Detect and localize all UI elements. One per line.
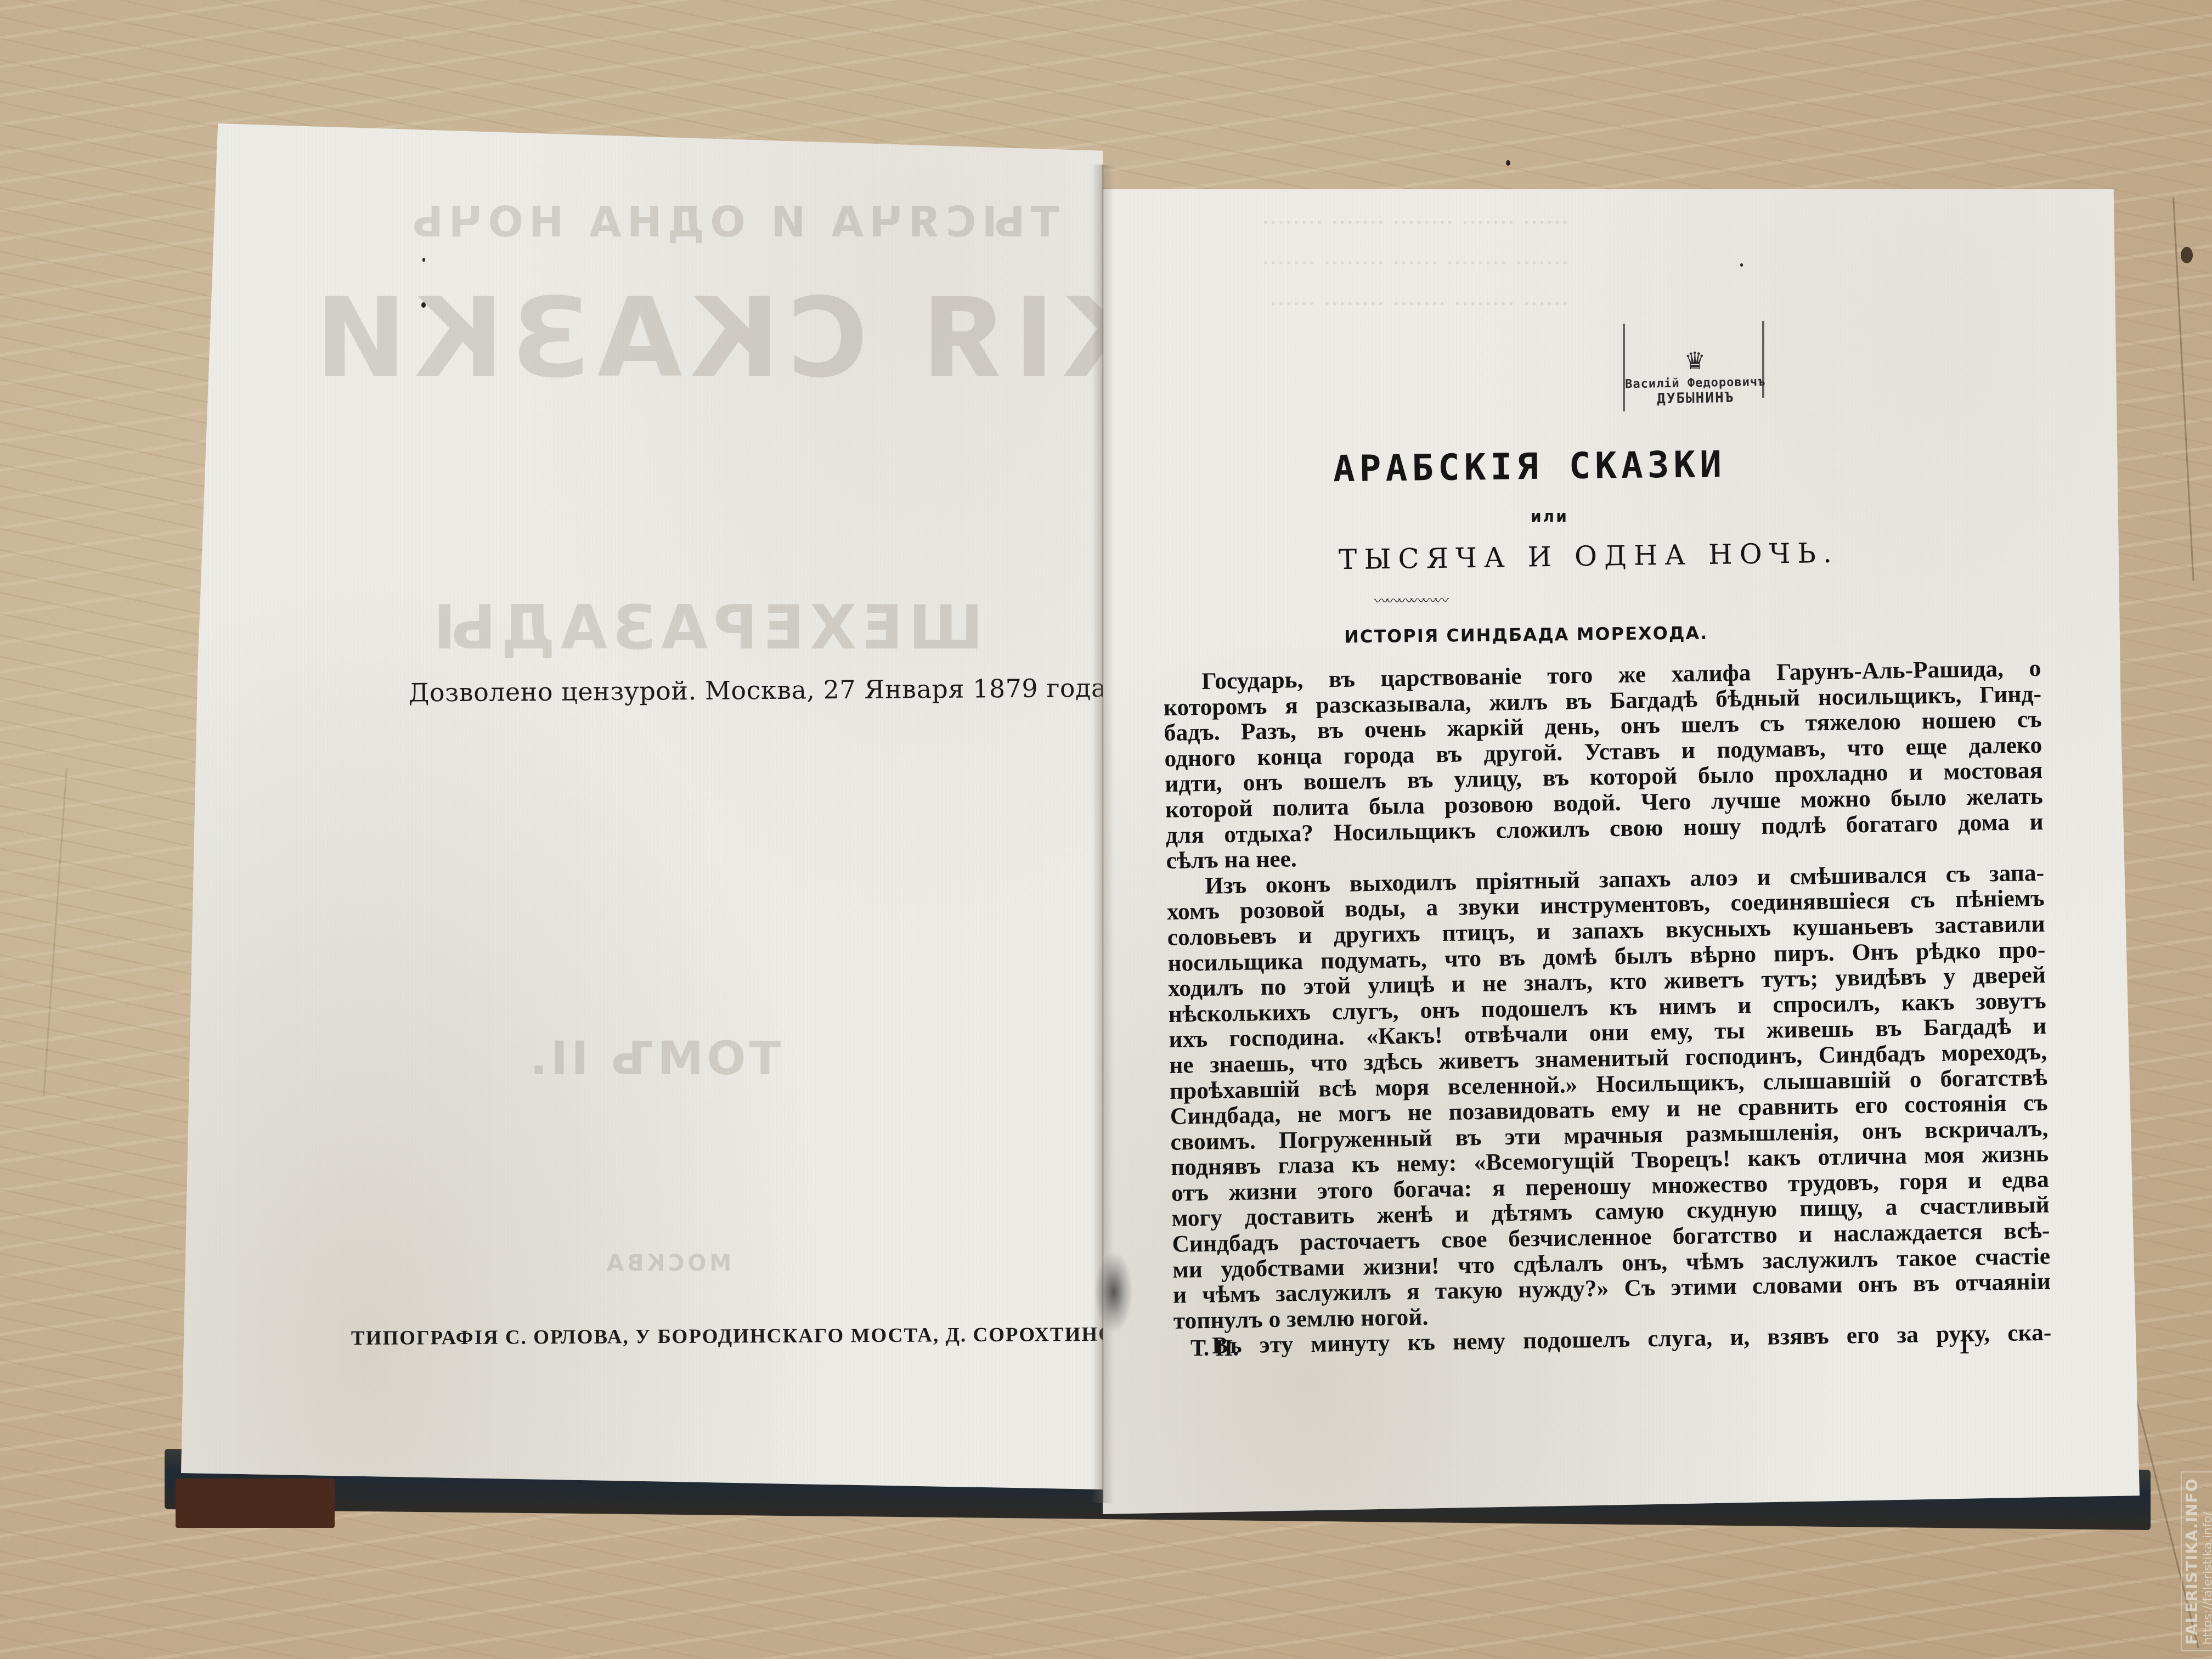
bleed-through-text: ТОМЪ II. (527, 1031, 781, 1085)
censorship-note: Дозволено цензурой. Москва, 27 Января 18… (409, 674, 974, 707)
watermark-url: https://faleristika.info/ (2201, 1478, 2212, 1645)
paper-speck (421, 302, 426, 308)
paper-speck (422, 258, 425, 262)
bleed-through-text: ШЕХЕРАЗАДЫ (428, 592, 983, 663)
title-conjunction: или (1531, 507, 1568, 526)
desk-stain (2181, 247, 2193, 263)
crown-icon: ♛ (1623, 343, 1767, 376)
stamp-owner-surname: ДУБЫНИНЪ (1624, 389, 1767, 408)
gutter-stain (1094, 1251, 1133, 1333)
bleed-through-text: ······ ······· ········ ······· ········… (1262, 203, 1568, 325)
watermark-brand: FALERISTIKA.INFO (2183, 1478, 2201, 1645)
story-title: Исторія Синдбада морехода. (1344, 623, 1708, 647)
stamp-owner-name: Василій Федоровичъ (1624, 375, 1767, 392)
book-title: Арабскія сказки (1333, 443, 1726, 490)
bleed-through-text: ТЫСЯЧА И ОДНА НОЧЬ (406, 198, 1059, 246)
signature-mark: Т. II. (1190, 1335, 1239, 1362)
story-body: Государь, въ царствованіе того же халифа… (1163, 656, 2052, 1359)
paper-speck (1740, 263, 1743, 267)
printer-imprint: Типографія С. Орлова, у Бородинскаго мос… (351, 1322, 1138, 1350)
page-number: 1 (1959, 1333, 1970, 1359)
paper-speck (1506, 160, 1510, 166)
book-cover-corner (176, 1479, 335, 1528)
ornamental-rule: 〰〰〰〰〰〰 (1374, 589, 1447, 610)
ownership-stamp: ♛ Василій Федоровичъ ДУБЫНИНЪ (1623, 343, 1767, 408)
bleed-through-text: МОСКВА (603, 1251, 731, 1276)
site-watermark: FALERISTIKA.INFO https://faleristika.inf… (2181, 1471, 2212, 1651)
desk-scratch (43, 768, 67, 1097)
